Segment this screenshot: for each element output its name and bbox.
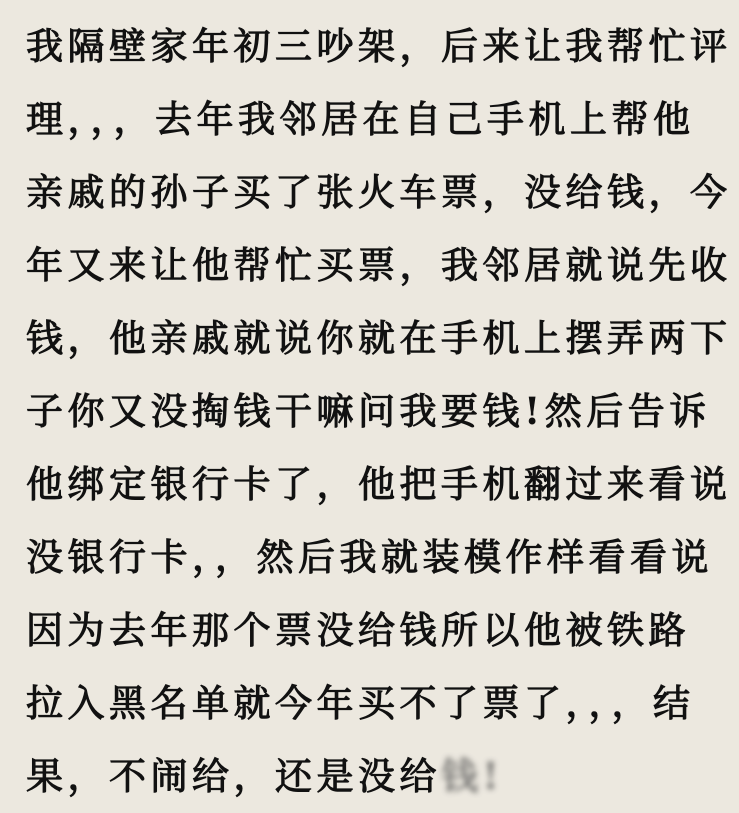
passage-line-9: 因为去年那个票没给钱所以他被铁路 bbox=[26, 594, 726, 667]
text-passage: 我隔壁家年初三吵架，后来让我帮忙评 理，，，去年我邻居在自己手机上帮他 亲戚的孙… bbox=[26, 10, 726, 813]
passage-line-8: 没银行卡，，然后我就装模作样看看说 bbox=[26, 521, 726, 594]
passage-line-2: 理，，，去年我邻居在自己手机上帮他 bbox=[26, 83, 726, 156]
passage-line-11: 果，不闹给，还是没给钱! bbox=[26, 740, 726, 813]
passage-line-6: 子你又没掏钱干嘛问我要钱!然后告诉 bbox=[26, 375, 726, 448]
passage-line-3: 亲戚的孙子买了张火车票，没给钱，今 bbox=[26, 156, 726, 229]
passage-line-11-visible: 果，不闹给，还是没给 bbox=[26, 754, 441, 798]
passage-line-4: 年又来让他帮忙买票，我邻居就说先收 bbox=[26, 229, 726, 302]
passage-line-10: 拉入黑名单就今年买不了票了，，，结 bbox=[26, 667, 726, 740]
passage-line-5: 钱，他亲戚就说你就在手机上摆弄两下 bbox=[26, 302, 726, 375]
blurred-text-fragment: 钱! bbox=[441, 754, 503, 798]
passage-line-1: 我隔壁家年初三吵架，后来让我帮忙评 bbox=[26, 10, 726, 83]
passage-line-7: 他绑定银行卡了，他把手机翻过来看说 bbox=[26, 448, 726, 521]
